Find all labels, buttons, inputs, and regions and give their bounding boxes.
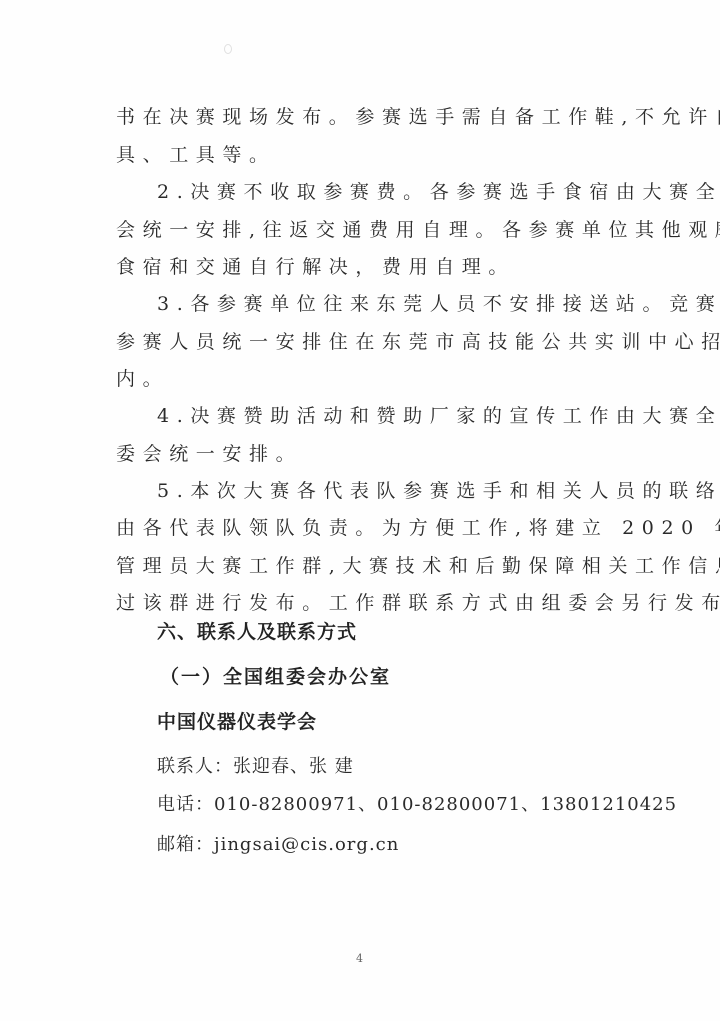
paragraph-4-line-1: 4.决赛赞助活动和赞助厂家的宣传工作由大赛全国组	[157, 404, 720, 428]
document-page: 书在决赛现场发布。参赛选手需自备工作鞋,不允许自带量 具、工具等。 2.决赛不收…	[0, 0, 720, 1021]
paragraph-3-line-2: 参赛人员统一安排住在东莞市高技能公共实训中心招待所	[116, 330, 720, 354]
paragraph-3-line-3: 内。	[116, 367, 169, 391]
paragraph-1-line-1: 书在决赛现场发布。参赛选手需自备工作鞋,不允许自带量	[116, 105, 720, 129]
paragraph-1-line-2: 具、工具等。	[116, 143, 276, 167]
contact-person: 联系人：张迎春、张 建	[157, 755, 354, 779]
paragraph-5-line-2: 由各代表队领队负责。为方便工作,将建立 2020 年智能楼宇	[116, 516, 720, 540]
paragraph-3-line-1: 3.各参赛单位往来东莞人员不安排接送站。竞赛期间，	[157, 292, 720, 316]
paragraph-2-line-1: 2.决赛不收取参赛费。各参赛选手食宿由大赛全国组委	[157, 180, 720, 204]
paragraph-2-line-2: 会统一安排,往返交通费用自理。各参赛单位其他观摩人员	[116, 218, 720, 242]
contact-phone: 电话：010-82800971、010-82800071、13801210425	[157, 793, 677, 817]
paragraph-2-line-3: 食宿和交通自行解决，费用自理。	[116, 255, 515, 279]
scan-artifact	[224, 44, 232, 54]
organization-name: 中国仪器仪表学会	[157, 710, 317, 734]
paragraph-5-line-4: 过该群进行发布。工作群联系方式由组委会另行发布。	[116, 591, 720, 615]
paragraph-4-line-2: 委会统一安排。	[116, 442, 302, 466]
contact-email: 邮箱：jingsai@cis.org.cn	[157, 833, 399, 857]
page-number: 4	[356, 952, 363, 965]
section-heading: 六、联系人及联系方式	[157, 620, 357, 644]
paragraph-5-line-3: 管理员大赛工作群,大赛技术和后勤保障相关工作信息会通	[116, 554, 720, 578]
subsection-heading: （一）全国组委会办公室	[160, 665, 391, 689]
paragraph-5-line-1: 5.本次大赛各代表队参赛选手和相关人员的联络工作	[157, 479, 720, 503]
